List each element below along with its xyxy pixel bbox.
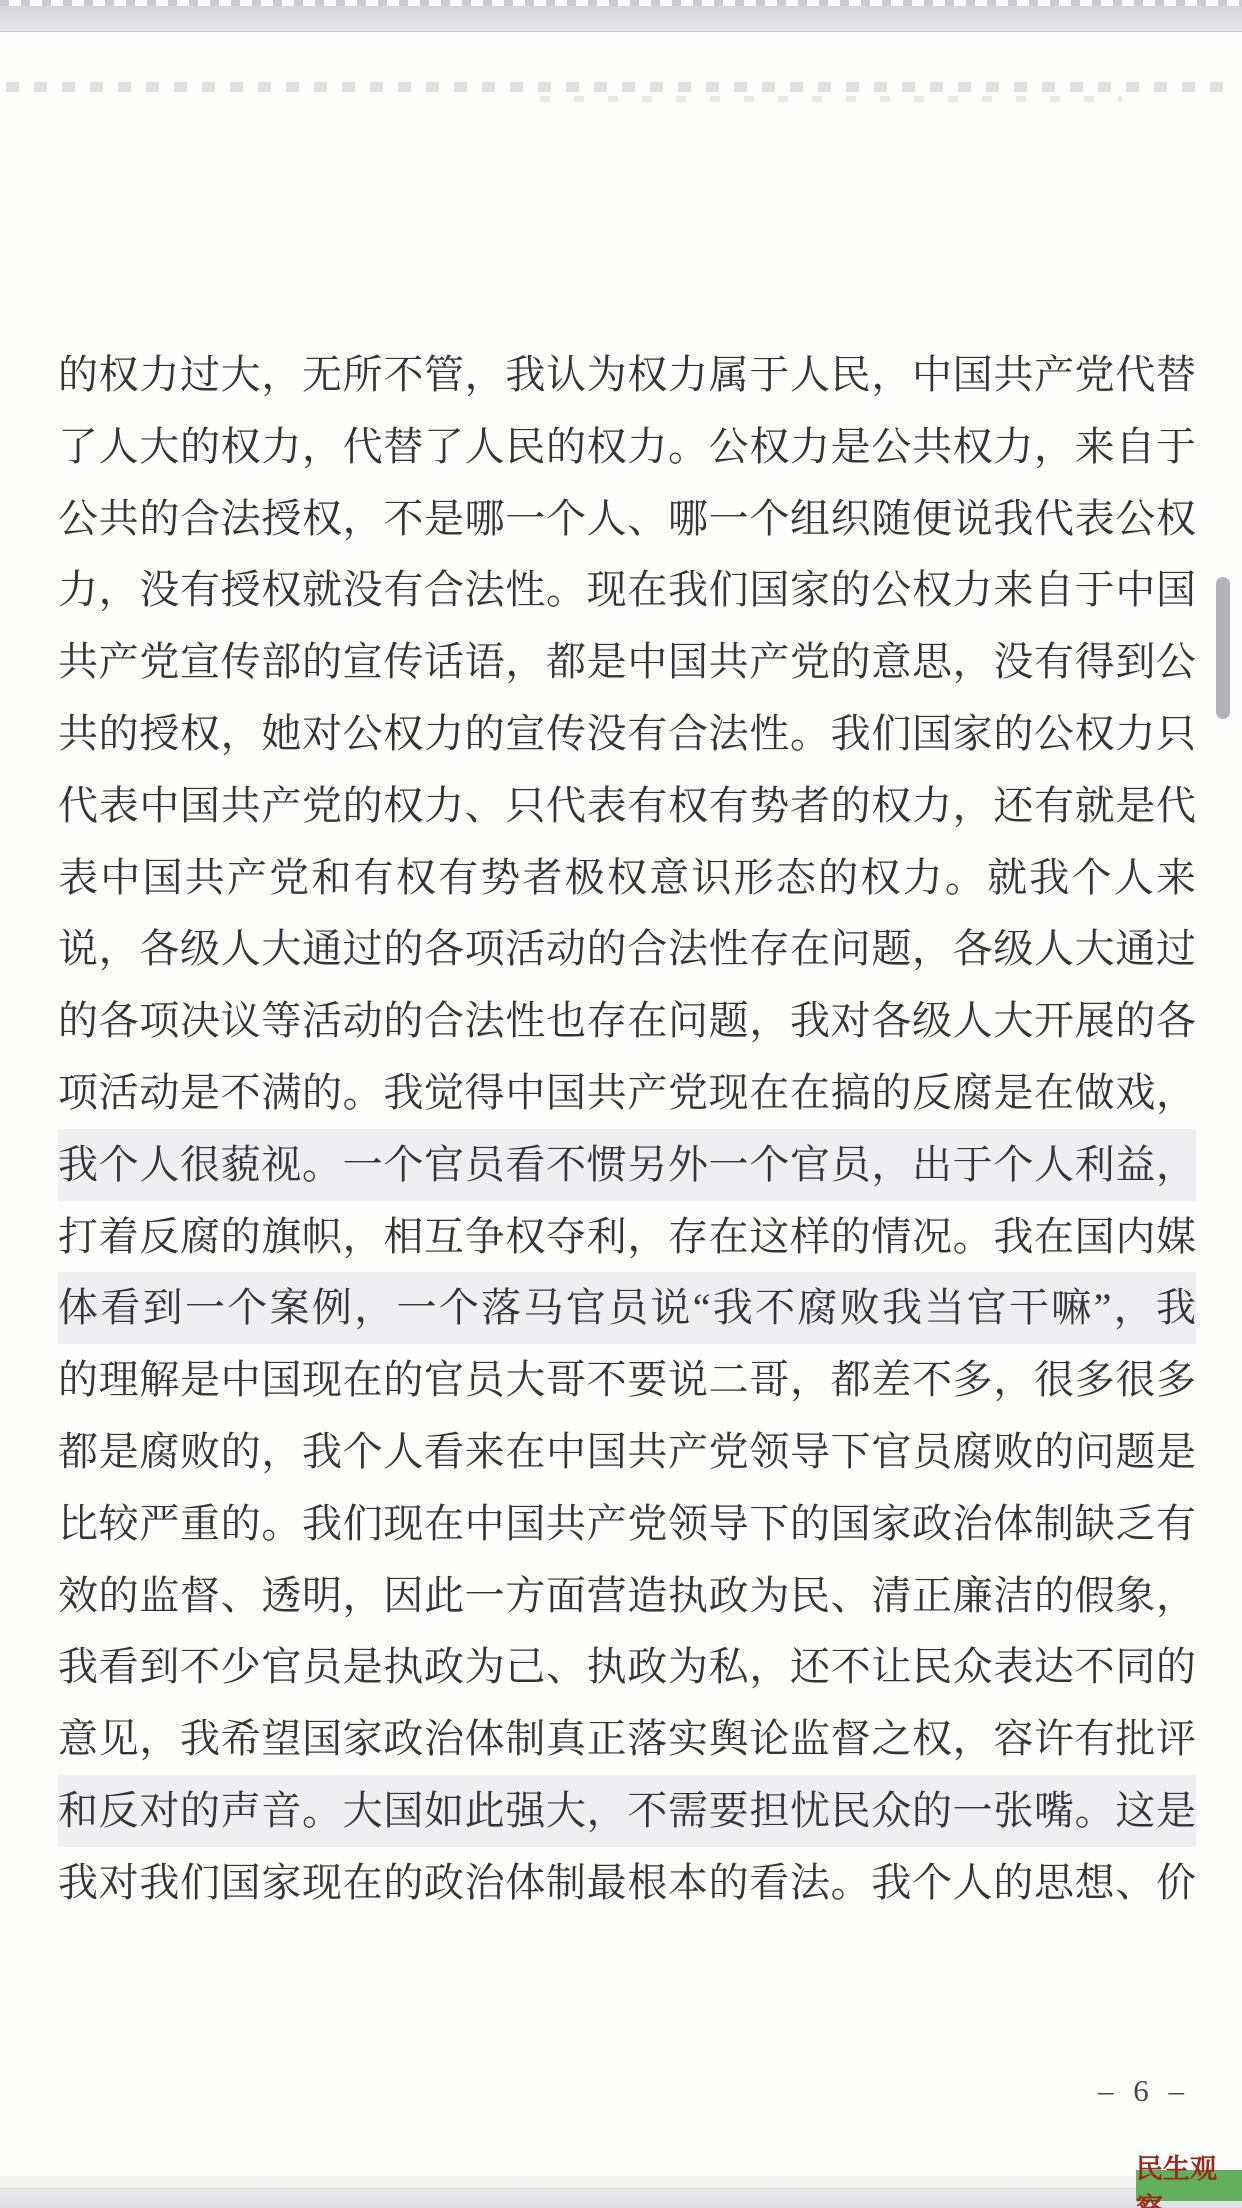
text-line: 我个人很藐视。一个官员看不惯另外一个官员，出于个人利益， <box>58 1129 1196 1201</box>
page-text: 的权力过大，无所不管，我认为权力属于人民，中国共产党代替了人大的权力，代替了人民… <box>58 339 1196 1919</box>
document-viewer: 的权力过大，无所不管，我认为权力属于人民，中国共产党代替了人大的权力，代替了人民… <box>0 0 1242 2208</box>
text-line: 代表中国共产党的权力、只代表有权有势者的权力，还有就是代 <box>58 770 1196 842</box>
page-gap-top <box>0 6 1242 32</box>
page-bottom-shade <box>0 2176 1242 2188</box>
page-gap-bottom <box>0 2188 1242 2208</box>
text-line: 的权力过大，无所不管，我认为权力属于人民，中国共产党代替 <box>58 339 1196 411</box>
text-line: 意见，我希望国家政治体制真正落实舆论监督之权，容许有批评 <box>58 1703 1196 1775</box>
text-line: 共的授权，她对公权力的宣传没有合法性。我们国家的公权力只 <box>58 698 1196 770</box>
scrollbar-thumb[interactable] <box>1216 577 1230 719</box>
faded-text-artifact-2 <box>540 96 1122 102</box>
text-line: 和反对的声音。大国如此强大，不需要担忧民众的一张嘴。这是 <box>58 1775 1196 1847</box>
text-line: 都是腐败的，我个人看来在中国共产党领导下官员腐败的问题是 <box>58 1416 1196 1488</box>
text-line: 表中国共产党和有权有势者极权意识形态的权力。就我个人来 <box>58 842 1196 914</box>
text-line: 的理解是中国现在的官员大哥不要说二哥，都差不多，很多很多 <box>58 1344 1196 1416</box>
page-number: – 6 – <box>1098 2074 1190 2108</box>
text-line: 我对我们国家现在的政治体制最根本的看法。我个人的思想、价 <box>58 1847 1196 1919</box>
text-line: 的各项决议等活动的合法性也存在问题，我对各级人大开展的各 <box>58 985 1196 1057</box>
faded-text-artifact <box>6 82 1238 92</box>
text-line: 体看到一个案例，一个落马官员说“我不腐败我当官干嘛”，我 <box>58 1272 1196 1344</box>
text-line: 力，没有授权就没有合法性。现在我们国家的公权力来自于中国 <box>58 554 1196 626</box>
text-line: 效的监督、透明，因此一方面营造执政为民、清正廉洁的假象， <box>58 1560 1196 1632</box>
text-line: 公共的合法授权，不是哪一个人、哪一个组织随便说我代表公权 <box>58 483 1196 555</box>
watermark-badge: 民生观察 <box>1136 2170 1242 2201</box>
text-line: 说，各级人大通过的各项活动的合法性存在问题，各级人大通过 <box>58 913 1196 985</box>
text-line: 了人大的权力，代替了人民的权力。公权力是公共权力，来自于 <box>58 411 1196 483</box>
text-line: 打着反腐的旗帜，相互争权夺利，存在这样的情况。我在国内媒 <box>58 1201 1196 1273</box>
text-line: 我看到不少官员是执政为己、执政为私，还不让民众表达不同的 <box>58 1631 1196 1703</box>
text-line: 项活动是不满的。我觉得中国共产党现在在搞的反腐是在做戏， <box>58 1057 1196 1129</box>
scanned-page: 的权力过大，无所不管，我认为权力属于人民，中国共产党代替了人大的权力，代替了人民… <box>0 32 1242 2176</box>
text-line: 比较严重的。我们现在中国共产党领导下的国家政治体制缺乏有 <box>58 1488 1196 1560</box>
text-line: 共产党宣传部的宣传话语，都是中国共产党的意思，没有得到公 <box>58 626 1196 698</box>
